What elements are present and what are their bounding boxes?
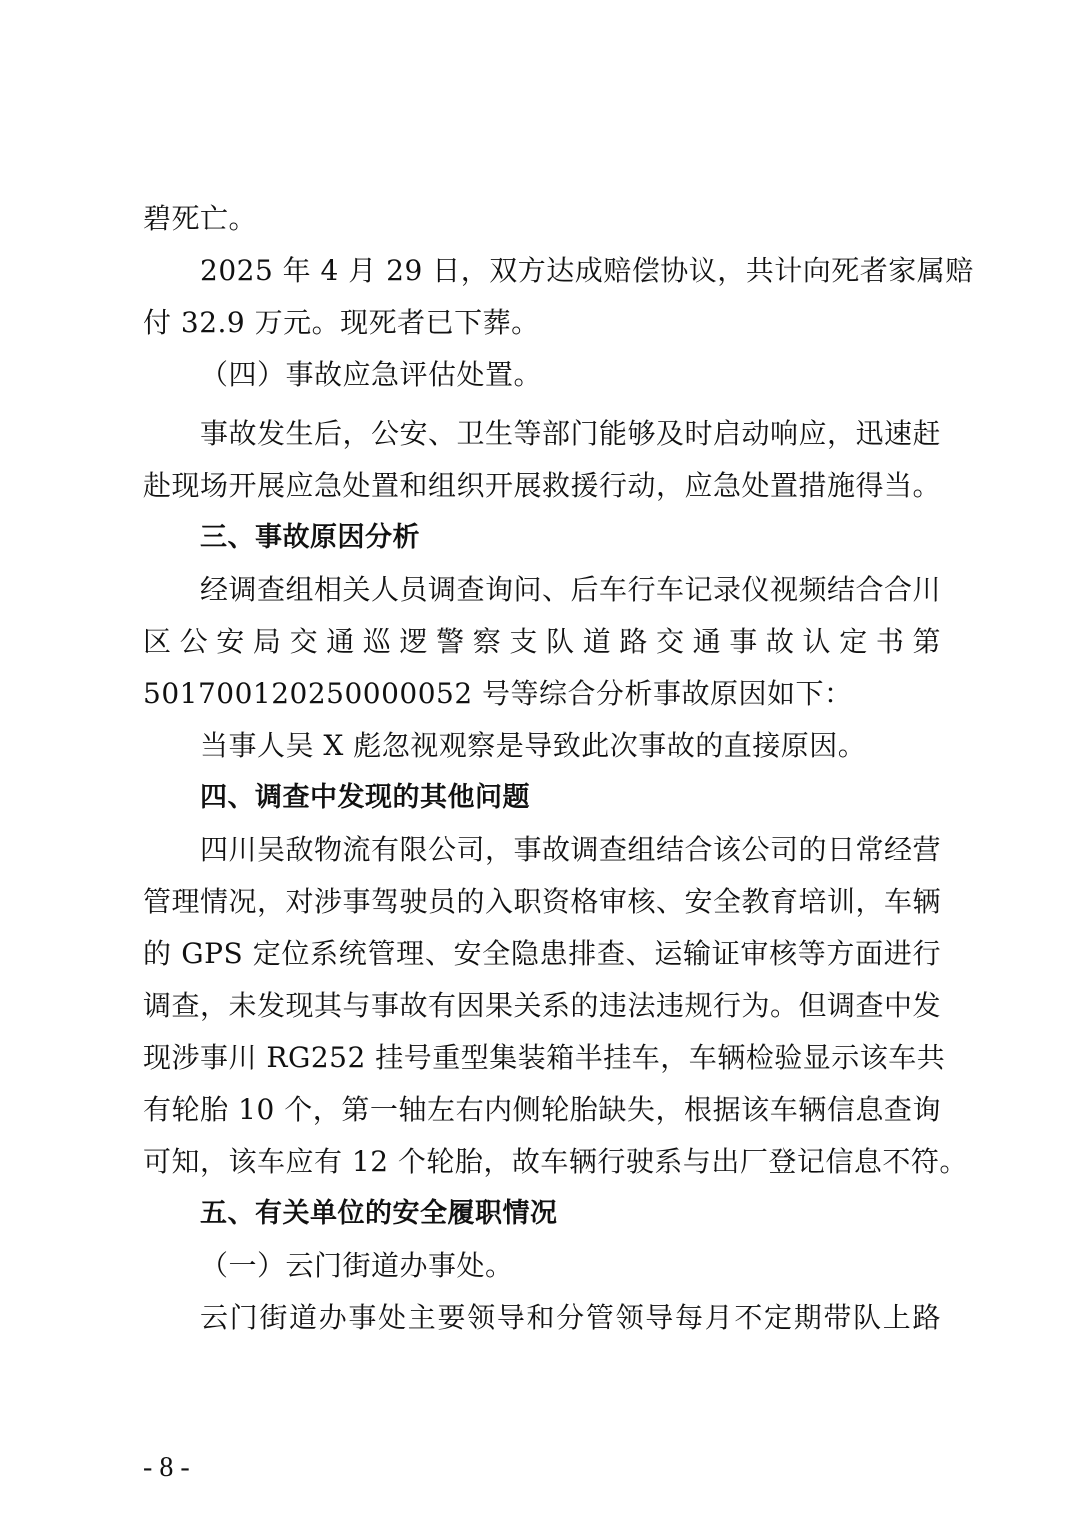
section-heading: 三、事故原因分析	[143, 518, 941, 558]
text-line: 可知，该车应有 12 个轮胎，故车辆行驶系与出厂登记信息不符。	[143, 1142, 941, 1182]
text-line: 碧死亡。	[143, 199, 941, 239]
text-line: 管理情况，对涉事驾驶员的入职资格审核、安全教育培训，车辆	[143, 882, 941, 922]
text-line: 调查，未发现其与事故有因果关系的违法违规行为。但调查中发	[143, 986, 941, 1026]
text-line: 四川吴敌物流有限公司，事故调查组结合该公司的日常经营	[143, 830, 941, 870]
section-heading: 四、调查中发现的其他问题	[143, 778, 941, 818]
text-line: 经调查组相关人员调查询问、后车行车记录仪视频结合合川	[143, 570, 941, 610]
text-line: （四）事故应急评估处置。	[143, 355, 941, 395]
document-page: 碧死亡。2025 年 4 月 29 日，双方达成赔偿协议，共计向死者家属赔付 3…	[0, 0, 1074, 1520]
text-line: 当事人吴 X 彪忽视观察是导致此次事故的直接原因。	[143, 726, 941, 766]
text-line: 2025 年 4 月 29 日，双方达成赔偿协议，共计向死者家属赔	[143, 251, 941, 291]
text-line: 付 32.9 万元。现死者已下葬。	[143, 303, 941, 343]
text-line: 501700120250000052 号等综合分析事故原因如下：	[143, 674, 941, 714]
text-line: 云门街道办事处主要领导和分管领导每月不定期带队上路	[143, 1298, 941, 1338]
text-line: 现涉事川 RG252 挂号重型集装箱半挂车，车辆检验显示该车共	[143, 1038, 941, 1078]
text-line: 区公安局交通巡逻警察支队道路交通事故认定书第	[143, 622, 941, 662]
text-line: （一）云门街道办事处。	[143, 1246, 941, 1286]
page-number: - 8 -	[143, 1448, 190, 1488]
text-line: 的 GPS 定位系统管理、安全隐患排查、运输证审核等方面进行	[143, 934, 941, 974]
section-heading: 五、有关单位的安全履职情况	[143, 1194, 941, 1234]
text-line: 事故发生后，公安、卫生等部门能够及时启动响应，迅速赶	[143, 414, 941, 454]
text-line: 赴现场开展应急处置和组织开展救援行动，应急处置措施得当。	[143, 466, 941, 506]
text-line: 有轮胎 10 个，第一轴左右内侧轮胎缺失，根据该车辆信息查询	[143, 1090, 941, 1130]
